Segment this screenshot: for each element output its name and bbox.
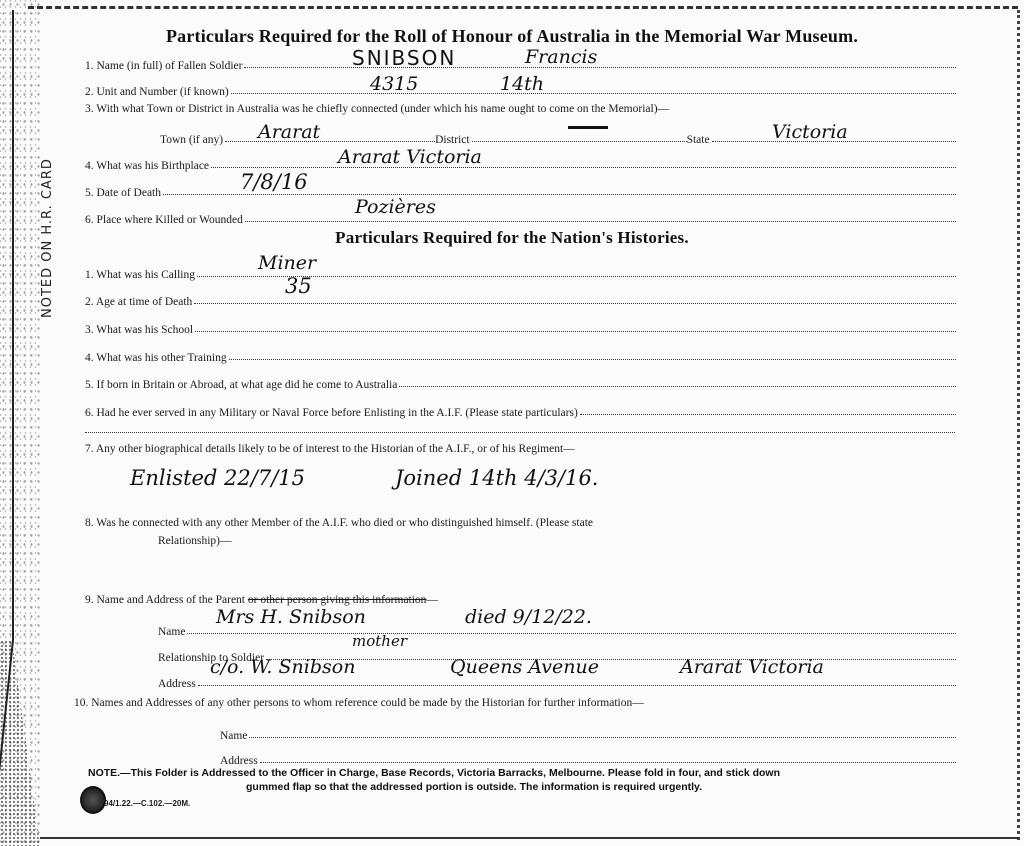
parent-died-note: died 9/12/22. [465,606,592,628]
state-value: Victoria [772,121,848,143]
soldier-surname: SNIBSON [352,46,456,70]
field-date-of-death: 5. Date of Death [85,177,956,199]
relationship-value: mother [352,632,407,650]
joined-value: Joined 14th 4/3/16. [395,466,598,490]
soldier-given-name: Francis [525,46,597,68]
note-text: NOTE.—This Folder is Addressed to the Of… [88,766,948,794]
field-place-killed: 6. Place where Killed or Wounded [85,204,956,226]
address-street: Queens Avenue [450,656,599,678]
birthplace-value: Ararat Victoria [338,146,482,168]
address-value: c/o. W. Snibson [210,656,355,678]
field-town-question: 3. With what Town or District in Austral… [85,103,669,115]
field-connected-member-cont: Relationship)— [158,535,231,547]
field-other-name: Name [220,720,956,742]
field-other-persons: 10. Names and Addresses of any other per… [74,697,644,709]
page-border [40,837,1020,839]
field-connected-member: 8. Was he connected with any other Membe… [85,517,593,529]
field-school: 3. What was his School [85,314,956,336]
place-killed-value: Pozières [355,196,436,218]
field-age-arrival: 5. If born in Britain or Abroad, at what… [85,369,956,391]
blank-line [85,432,955,433]
field-training: 4. What was his other Training [85,342,956,364]
service-number: 4315 [370,73,418,95]
field-name: 1. Name (in full) of Fallen Soldier [85,50,956,72]
section-subtitle: Particulars Required for the Nation's Hi… [0,228,1024,248]
enlisted-value: Enlisted 22/7/15 [130,466,305,490]
town-value: Ararat [258,121,320,143]
field-biographical: 7. Any other biographical details likely… [85,443,575,455]
field-birthplace: 4. What was his Birthplace [85,150,956,172]
field-age: 2. Age at time of Death [85,286,956,308]
age-value: 35 [285,274,312,298]
parent-name-value: Mrs H. Snibson [216,606,366,628]
date-of-death-value: 7/8/16 [240,170,308,194]
calling-value: Miner [258,252,316,274]
unit-value: 14th [500,73,544,95]
field-other-address: Address [220,745,956,767]
print-code: 94/1.22.—C.102.—20M. [104,799,190,808]
field-parent: 9. Name and Address of the Parent or oth… [85,594,438,606]
seal-stamp-icon [80,786,106,814]
page-border [28,6,1018,9]
field-prior-service: 6. Had he ever served in any Military or… [85,397,956,419]
page-border [12,10,14,640]
page-border [1017,10,1020,840]
form-title: Particulars Required for the Roll of Hon… [0,26,1024,47]
address-town: Ararat Victoria [680,656,824,678]
district-dash [568,126,608,129]
field-calling: 1. What was his Calling [85,259,956,281]
